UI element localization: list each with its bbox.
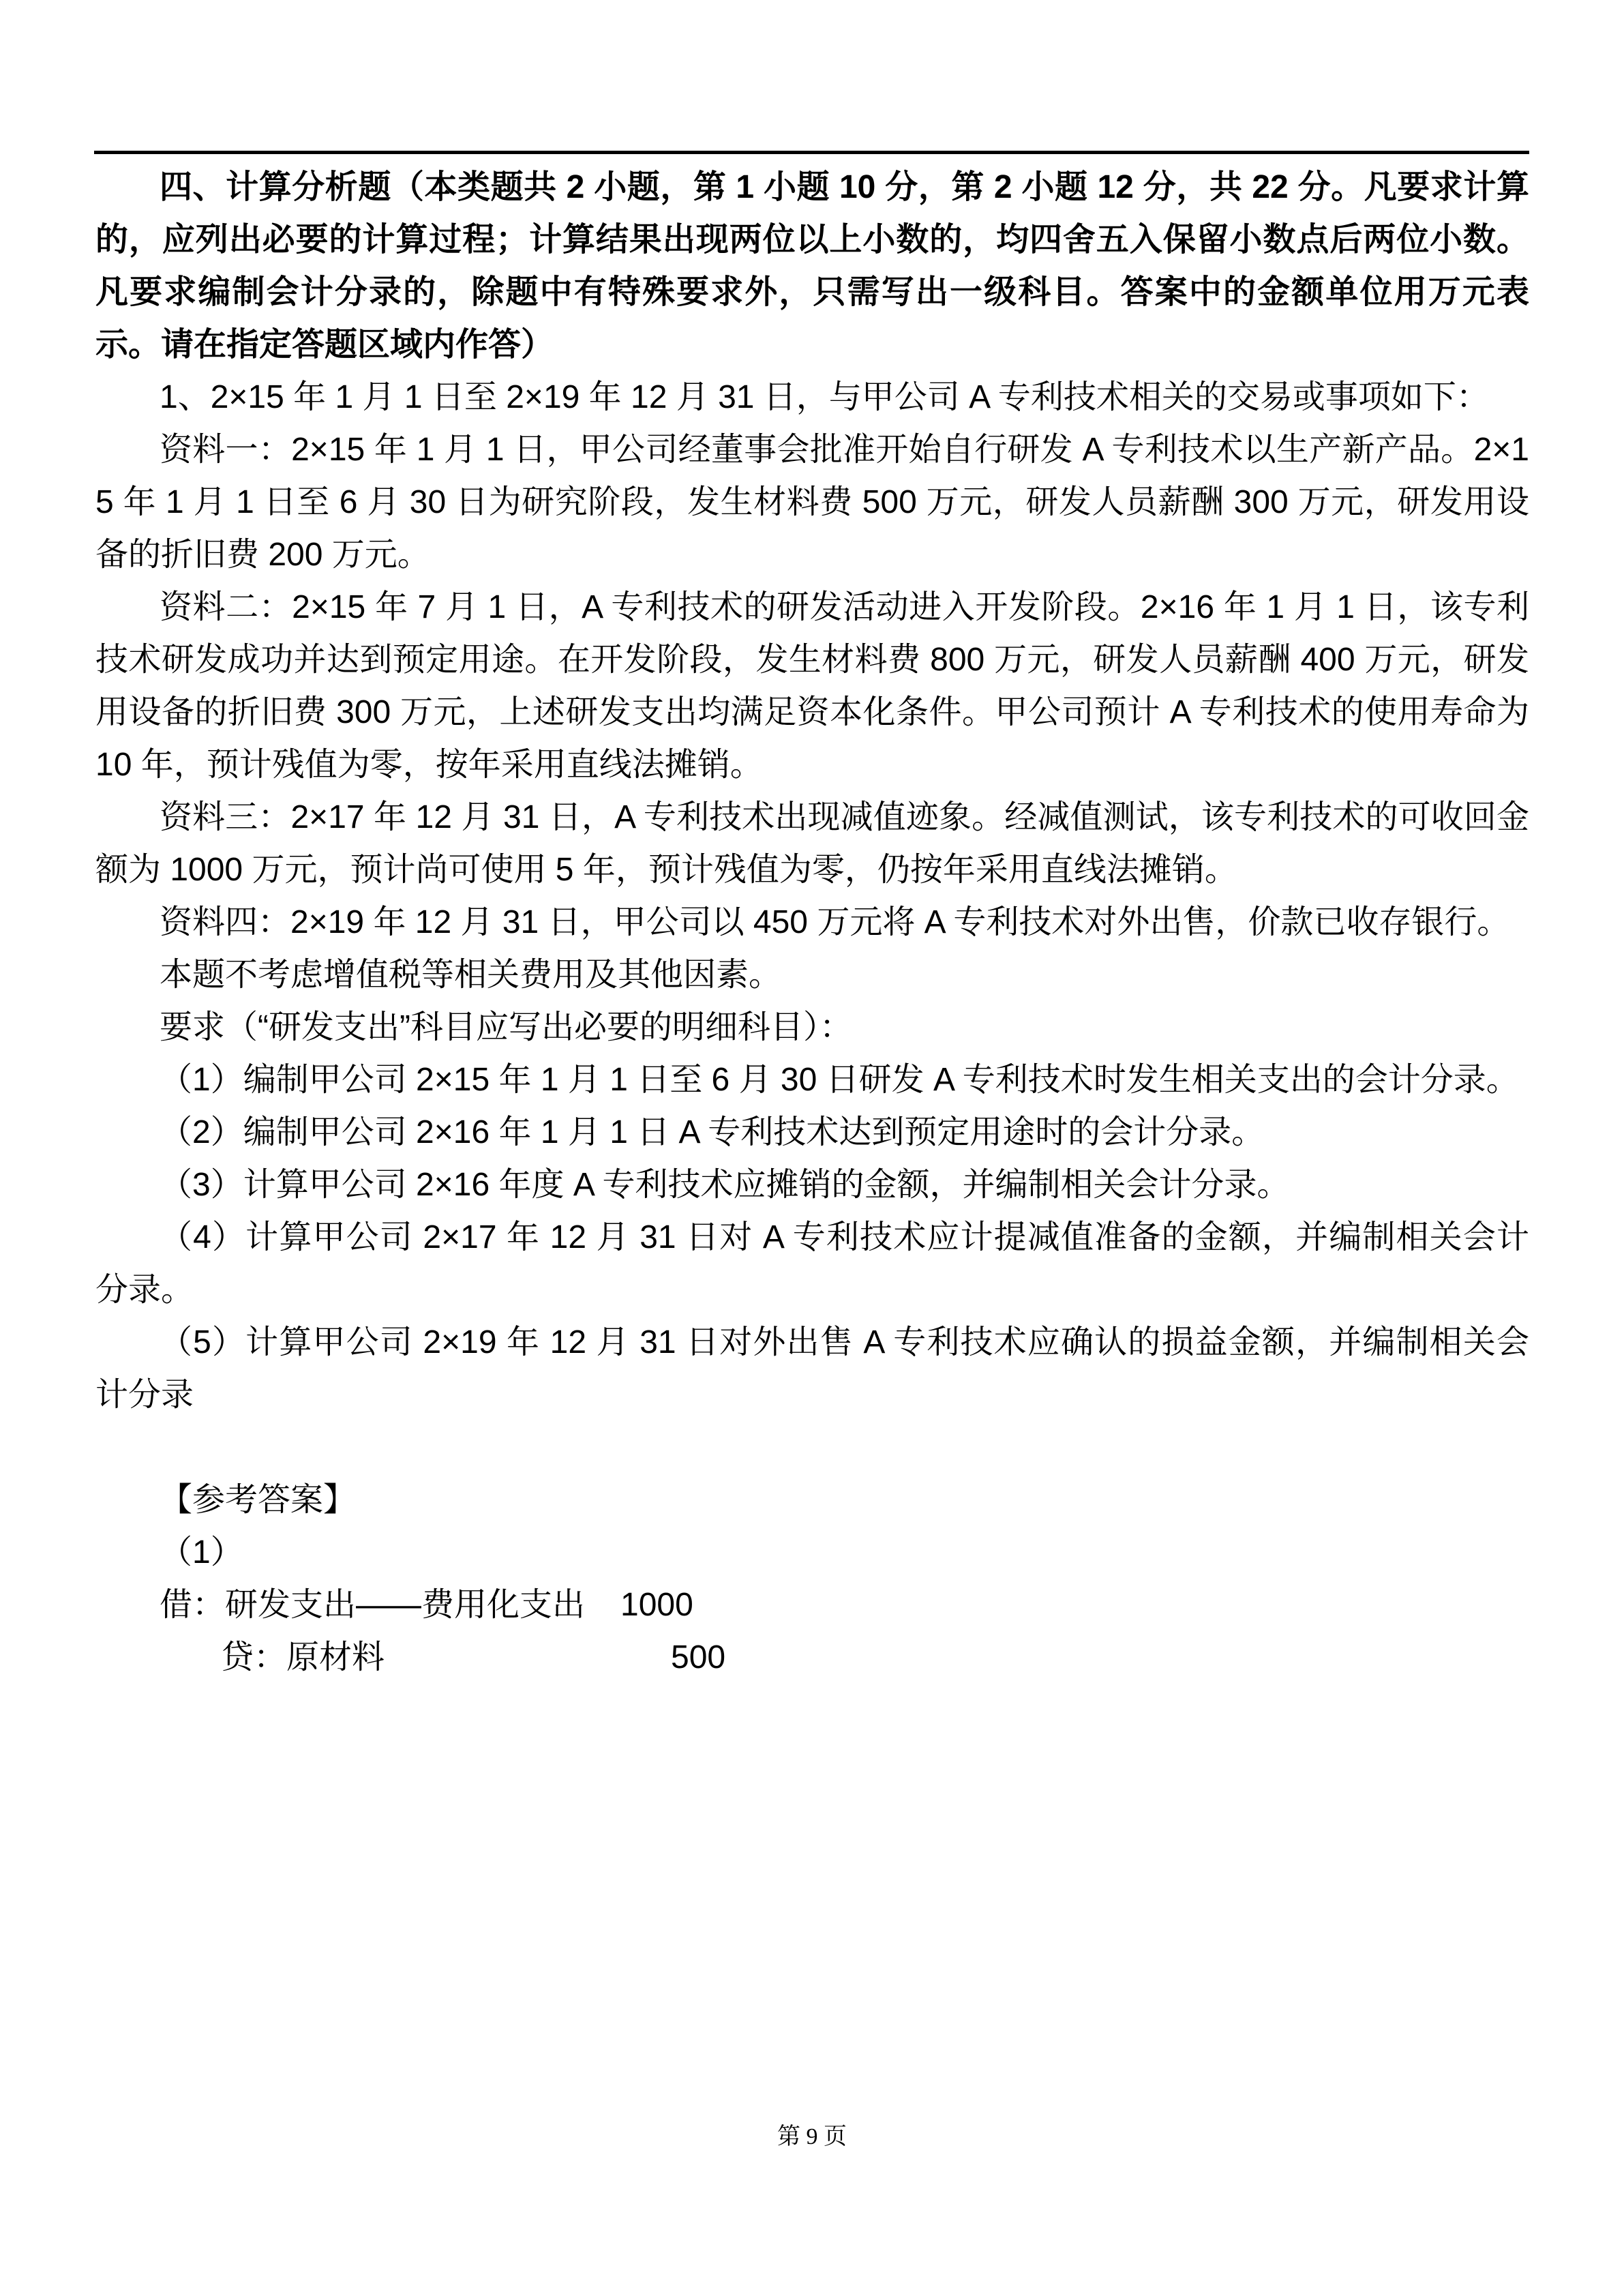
journal-entry-credit: 贷：原材料500	[95, 1631, 1529, 1684]
question-intro: 1、2×15 年 1 月 1 日至 2×19 年 12 月 31 日，与甲公司 …	[95, 371, 1529, 423]
page-number: 第 9 页	[0, 2122, 1624, 2152]
material-paragraph-3: 资料三：2×17 年 12 月 31 日，A 专利技术出现减值迹象。经减值测试，…	[95, 791, 1529, 896]
requirements-intro: 要求（“研发支出”科目应写出必要的明细科目）：	[95, 1001, 1529, 1054]
debit-account-label: 借：研发支出——费用化支出	[160, 1587, 585, 1623]
requirement-item-4: （4）计算甲公司 2×17 年 12 月 31 日对 A 专利技术应计提减值准备…	[95, 1211, 1529, 1316]
header-rule	[94, 151, 1529, 154]
answer-item-label: （1）	[95, 1526, 1529, 1579]
section-heading: 四、计算分析题（本类题共 2 小题，第 1 小题 10 分，第 2 小题 12 …	[95, 161, 1529, 371]
material-paragraph-2: 资料二：2×15 年 7 月 1 日，A 专利技术的研发活动进入开发阶段。2×1…	[95, 581, 1529, 791]
debit-amount: 1000	[620, 1579, 693, 1631]
credit-amount: 500	[671, 1631, 725, 1684]
document-page: { "document": { "section_heading": "四、计算…	[0, 0, 1624, 2296]
requirement-item-2: （2）编制甲公司 2×16 年 1 月 1 日 A 专利技术达到预定用途时的会计…	[95, 1106, 1529, 1159]
journal-entry-debit: 借：研发支出——费用化支出1000	[95, 1579, 1529, 1631]
material-paragraph-1: 资料一：2×15 年 1 月 1 日，甲公司经董事会批准开始自行研发 A 专利技…	[95, 423, 1529, 581]
requirement-item-5: （5）计算甲公司 2×19 年 12 月 31 日对外出售 A 专利技术应确认的…	[95, 1316, 1529, 1421]
material-paragraph-4: 资料四：2×19 年 12 月 31 日，甲公司以 450 万元将 A 专利技术…	[95, 896, 1529, 949]
page-content: 四、计算分析题（本类题共 2 小题，第 1 小题 10 分，第 2 小题 12 …	[95, 0, 1529, 1684]
answer-section-header: 【参考答案】	[95, 1474, 1529, 1526]
credit-account-label: 贷：原材料	[221, 1639, 385, 1675]
note-text: 本题不考虑增值税等相关费用及其他因素。	[95, 949, 1529, 1001]
requirement-item-1: （1）编制甲公司 2×15 年 1 月 1 日至 6 月 30 日研发 A 专利…	[95, 1054, 1529, 1106]
requirement-item-3: （3）计算甲公司 2×16 年度 A 专利技术应摊销的金额，并编制相关会计分录。	[95, 1159, 1529, 1211]
